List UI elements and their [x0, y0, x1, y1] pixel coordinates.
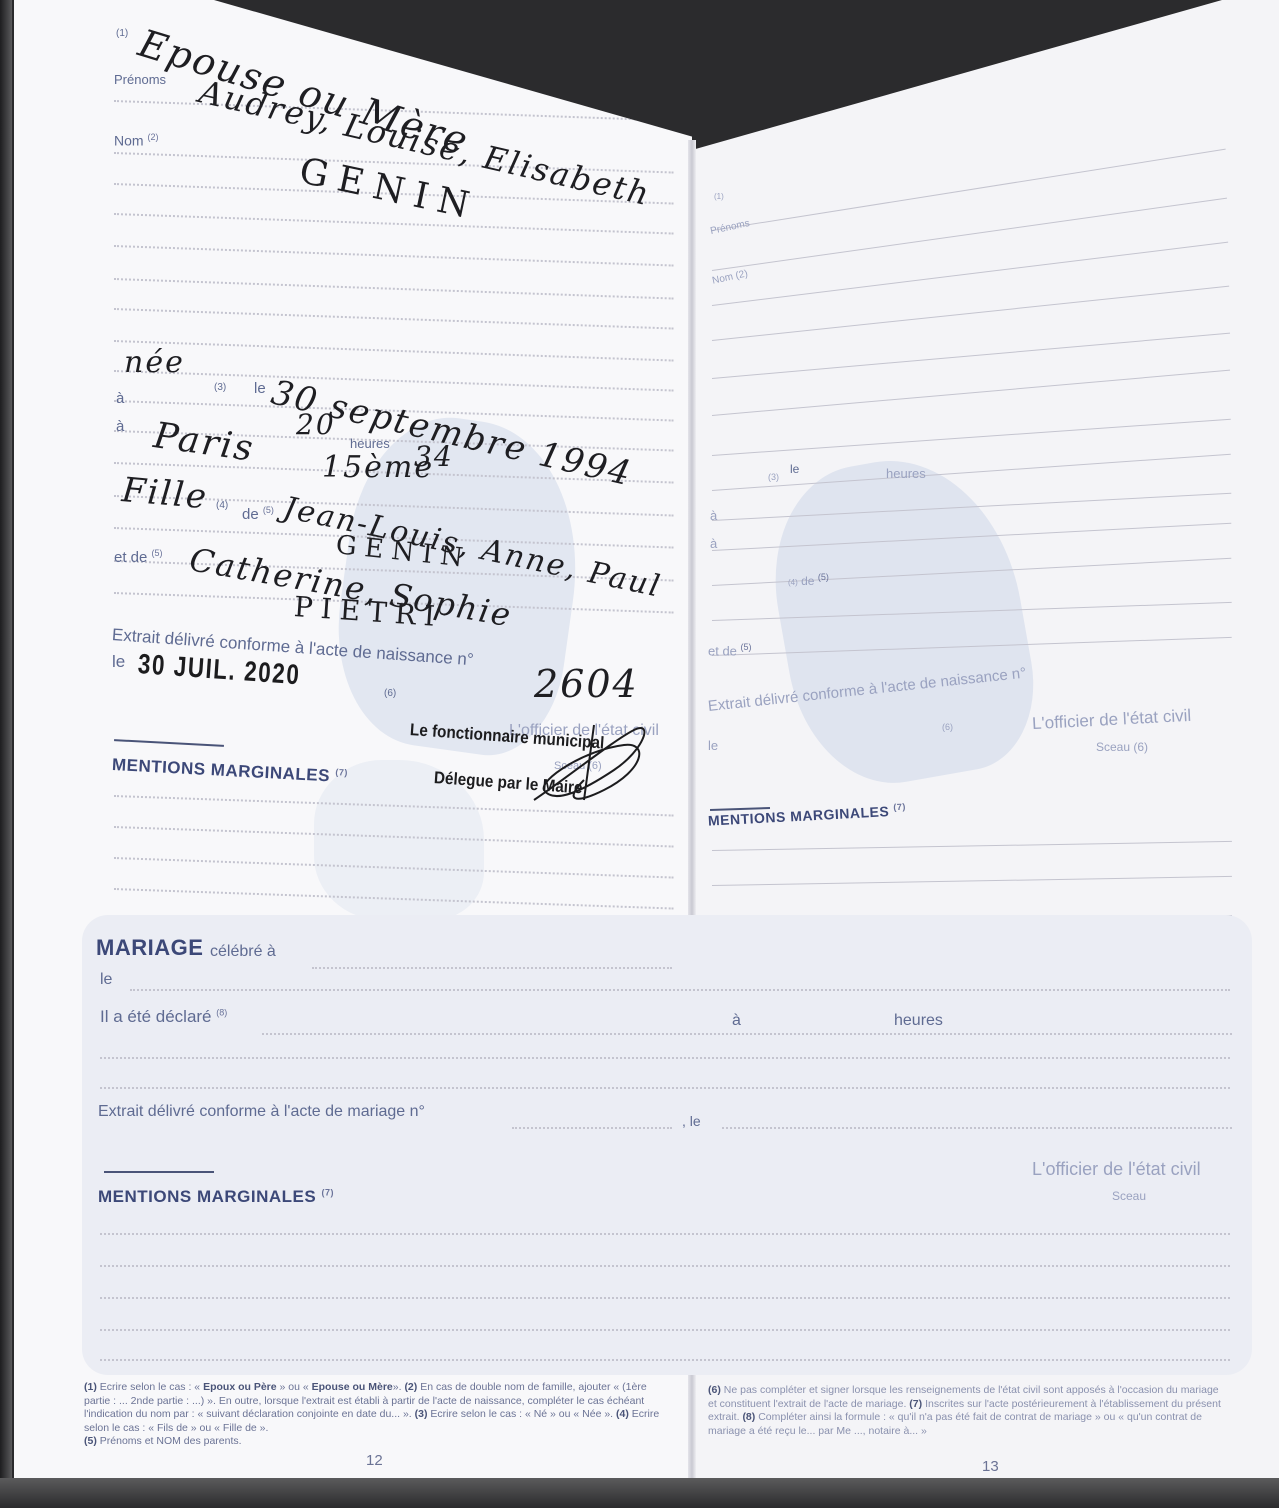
mariage-mentions-text: MENTIONS MARGINALES	[98, 1187, 316, 1206]
signature	[524, 720, 664, 810]
mariage-mentions-ref: (7)	[321, 1187, 334, 1197]
r-label-ne-ref: (3)	[768, 472, 779, 482]
r-label-et-de-text: et de	[708, 643, 737, 658]
mariage-declare-text: Il a été déclaré	[100, 1007, 212, 1026]
fn1-text: Ecrire selon le cas : «	[100, 1381, 200, 1393]
label-qualite-ref: (1)	[116, 28, 128, 39]
fn3-text: Ecrire selon le cas : « Né » ou « Née ».	[430, 1408, 613, 1420]
fn5-label: (5)	[84, 1435, 97, 1447]
label-et-de: et de (5)	[114, 548, 163, 566]
r-label-prenoms: Prénoms	[709, 218, 750, 237]
r-mentions-heading: MENTIONS MARGINALES (7)	[708, 802, 907, 829]
fn1-bold2: Epouse ou Mère	[312, 1381, 393, 1393]
mentions-ref: (7)	[335, 767, 348, 778]
fn8-text: Compléter ainsi la formule : « qu'il n'a…	[708, 1411, 1202, 1437]
form-line	[114, 340, 674, 362]
r-label-de-text: de	[801, 574, 814, 588]
fn7-label: (7)	[909, 1398, 922, 1410]
hand-acte-numero: 2604	[534, 662, 639, 706]
fn1-label: (1)	[84, 1381, 97, 1393]
mariage-heures-label: heures	[894, 1012, 943, 1030]
label-ne-ref: (3)	[214, 382, 226, 393]
r-label-heures: heures	[886, 466, 926, 481]
mentions-marginales-heading: MENTIONS MARGINALES (7)	[111, 755, 348, 787]
r-label-sceau: Sceau (6)	[1096, 740, 1148, 754]
r-label-fils-ref: (4)	[788, 578, 798, 587]
form-line	[712, 333, 1230, 379]
r-label-a-2: à	[710, 536, 717, 551]
page-number-left: 12	[366, 1452, 383, 1469]
book-cover-bottom	[0, 1478, 1279, 1508]
mentions-text: MENTIONS MARGINALES	[112, 755, 331, 785]
mariage-mentions-rule	[104, 1171, 214, 1173]
label-de-text: de	[242, 506, 259, 523]
mentions-rule	[114, 739, 224, 747]
form-line	[114, 308, 674, 330]
fn8-label: (8)	[742, 1411, 755, 1423]
fn4-label: (4)	[616, 1408, 629, 1420]
r-label-et-de: et de (5)	[708, 642, 752, 658]
hand-lieu-arr: 15ème	[322, 450, 434, 485]
form-line	[712, 370, 1230, 416]
mariage-line	[100, 1057, 1230, 1059]
mariage-mentions-line	[100, 1233, 1230, 1235]
label-ref6: (6)	[384, 688, 396, 699]
r-mentions-text: MENTIONS MARGINALES	[708, 803, 890, 828]
fn1-mid: » ou «	[280, 1381, 309, 1393]
fn3-label: (3)	[415, 1408, 428, 1420]
label-fils-ref: (4)	[216, 500, 228, 511]
mariage-mentions-line	[100, 1359, 1230, 1361]
mariage-declare-line	[262, 1033, 1232, 1035]
r-label-le: le	[790, 462, 799, 476]
label-prenoms: Prénoms	[114, 72, 166, 87]
mariage-line	[100, 1087, 1230, 1089]
footnotes-left: (1) Ecrire selon le cas : « Epoux ou Pèr…	[84, 1381, 664, 1449]
mariage-declare-ref: (8)	[216, 1007, 227, 1017]
mariage-extrait-label: Extrait délivré conforme à l'acte de mar…	[98, 1103, 425, 1121]
mariage-numero-line	[512, 1127, 672, 1129]
form-line	[712, 876, 1232, 886]
label-et-de-text: et de	[114, 549, 147, 566]
fn6-label: (6)	[708, 1384, 721, 1396]
mariage-le2-label: , le	[682, 1113, 701, 1129]
label-a-1: à	[116, 390, 124, 407]
r-mentions-ref: (7)	[893, 802, 906, 813]
book-cover-edge	[0, 0, 12, 1508]
footnotes-right: (6) Ne pas compléter et signer lorsque l…	[708, 1384, 1228, 1438]
form-line	[114, 213, 674, 235]
r-label-de: (4) de (5)	[788, 572, 829, 588]
form-line	[712, 242, 1228, 306]
marianne-watermark	[756, 442, 1048, 799]
mariage-le-line	[722, 1127, 1232, 1129]
mariage-mentions-heading: MENTIONS MARGINALES (7)	[98, 1187, 334, 1207]
fn2-label: (2)	[404, 1381, 417, 1393]
label-a-2: à	[116, 418, 124, 435]
r-label-et-de-ref: (5)	[741, 642, 752, 652]
form-line	[114, 278, 674, 300]
mariage-lieu-line	[312, 967, 672, 969]
mariage-le-label: le	[100, 971, 112, 989]
r-label-officier: L'officier de l'état civil	[1032, 706, 1192, 734]
label-nom: Nom (2)	[114, 132, 158, 149]
page-number-right: 13	[982, 1458, 999, 1475]
hand-lieu-ville: Paris	[151, 415, 257, 470]
r-label-de-ref: (5)	[818, 572, 829, 582]
form-line	[712, 841, 1232, 851]
mariage-section: MARIAGE célébré à le à heures Il a été d…	[82, 915, 1252, 1375]
mariage-declare-label: Il a été déclaré (8)	[100, 1007, 227, 1027]
label-de: de (5)	[242, 505, 274, 523]
form-line	[712, 286, 1229, 341]
hand-heure-h: 20	[296, 408, 336, 441]
r-label-le-delivrance: le	[708, 738, 718, 753]
mariage-title: MARIAGE	[96, 935, 203, 961]
fn1-end: ».	[393, 1381, 402, 1393]
hand-nee: née	[124, 345, 185, 380]
fn1-bold1: Epoux ou Père	[203, 1381, 277, 1393]
label-le-delivrance: le	[112, 652, 125, 672]
label-nom-text: Nom	[114, 133, 144, 149]
r-label-a-1: à	[710, 508, 717, 523]
form-line	[712, 198, 1227, 271]
label-nom-ref: (2)	[147, 132, 158, 142]
form-line	[712, 419, 1231, 456]
fn5-text: Prénoms et NOM des parents.	[100, 1435, 242, 1447]
r-label-qualite-ref: (1)	[714, 192, 724, 201]
form-line	[712, 149, 1226, 231]
label-le: le	[254, 380, 266, 397]
mariage-sceau-label: Sceau	[1112, 1189, 1146, 1203]
r-label-nom: Nom (2)	[711, 268, 749, 286]
mariage-a-label: à	[732, 1012, 741, 1030]
form-line	[114, 245, 674, 267]
mariage-celebre-label: célébré à	[210, 943, 276, 961]
mariage-mentions-line	[100, 1265, 1230, 1267]
mariage-date-line	[130, 989, 1230, 991]
label-et-de-ref: (5)	[152, 548, 163, 558]
label-de-ref: (5)	[263, 505, 274, 515]
r-label-ref6: (6)	[942, 722, 953, 732]
mariage-mentions-line	[100, 1329, 1230, 1331]
mariage-mentions-line	[100, 1297, 1230, 1299]
form-line	[114, 370, 674, 392]
mariage-officier-label: L'officier de l'état civil	[1032, 1159, 1201, 1180]
hand-fille: Fille	[120, 470, 210, 517]
